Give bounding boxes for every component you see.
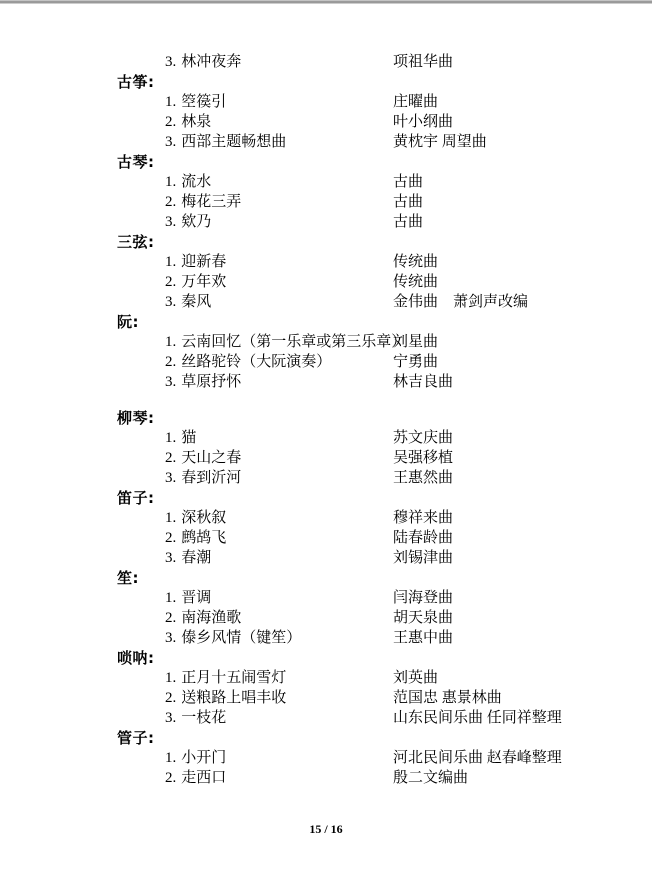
song-title: 秦风 (181, 294, 211, 310)
song-number: 3. (165, 630, 176, 646)
song-number: 3. (165, 134, 176, 150)
song-composer: 王惠然曲 (393, 468, 453, 488)
song-number: 2. (165, 770, 176, 786)
song-composer: 叶小纲曲 (393, 112, 453, 132)
song-row: 3.春潮刘锡津曲 (0, 548, 652, 568)
song-title: 小开门 (181, 750, 226, 766)
song-number: 1. (165, 430, 176, 446)
song-composer: 胡天泉曲 (393, 608, 453, 628)
song-number: 1. (165, 750, 176, 766)
instrument-heading: 古琴: (0, 152, 652, 172)
instrument-heading: 古筝: (0, 72, 652, 92)
song-composer: 王惠中曲 (393, 628, 453, 648)
song-composer: 刘英曲 (393, 668, 438, 688)
song-title: 流水 (181, 174, 211, 190)
song-row: 1.云南回忆（第一乐章或第三乐章）刘星曲 (0, 332, 652, 352)
song-row: 1.迎新春传统曲 (0, 252, 652, 272)
song-number: 2. (165, 194, 176, 210)
song-composer: 山东民间乐曲 任同祥整理 (393, 708, 562, 728)
song-title: 送粮路上唱丰收 (181, 690, 286, 706)
song-composer: 林吉良曲 (393, 372, 453, 392)
song-composer: 闫海登曲 (393, 588, 453, 608)
song-composer: 范国忠 惠景林曲 (393, 688, 502, 708)
song-row: 2.丝路驼铃（大阮演奏）宁勇曲 (0, 352, 652, 372)
song-title: 南海渔歌 (181, 610, 241, 626)
song-title: 走西口 (181, 770, 226, 786)
song-row: 2.天山之春吴强移植 (0, 448, 652, 468)
song-row: 2.万年欢传统曲 (0, 272, 652, 292)
song-number: 3. (165, 374, 176, 390)
song-title: 箜篌引 (181, 94, 226, 110)
song-number: 2. (165, 274, 176, 290)
song-row: 1.小开门河北民间乐曲 赵春峰整理 (0, 748, 652, 768)
song-composer: 传统曲 (393, 272, 438, 292)
song-number: 3. (165, 710, 176, 726)
song-title: 春到沂河 (181, 470, 241, 486)
song-title: 万年欢 (181, 274, 226, 290)
song-composer: 宁勇曲 (393, 352, 438, 372)
song-row: 3.傣乡风情（键笙）王惠中曲 (0, 628, 652, 648)
song-number: 3. (165, 294, 176, 310)
song-composer: 金伟曲 萧剑声改编 (393, 292, 528, 312)
song-row: 3.秦风金伟曲 萧剑声改编 (0, 292, 652, 312)
song-row: 1.流水古曲 (0, 172, 652, 192)
song-title: 欸乃 (181, 214, 211, 230)
song-number: 2. (165, 610, 176, 626)
song-row: 1.深秋叙穆祥来曲 (0, 508, 652, 528)
song-composer: 苏文庆曲 (393, 428, 453, 448)
song-composer: 刘星曲 (393, 332, 438, 352)
song-composer: 陆春龄曲 (393, 528, 453, 548)
song-title: 猫 (181, 430, 196, 446)
song-number: 1. (165, 670, 176, 686)
song-number: 1. (165, 94, 176, 110)
song-composer: 传统曲 (393, 252, 438, 272)
instrument-heading: 管子: (0, 728, 652, 748)
song-composer: 穆祥来曲 (393, 508, 453, 528)
song-row: 1.正月十五闹雪灯刘英曲 (0, 668, 652, 688)
song-title: 林泉 (181, 114, 211, 130)
song-row: 2.南海渔歌胡天泉曲 (0, 608, 652, 628)
song-composer: 黄枕宇 周望曲 (393, 132, 487, 152)
instrument-heading: 柳琴: (0, 408, 652, 428)
page-number: 15 / 16 (0, 822, 652, 837)
song-title: 云南回忆（第一乐章或第三乐章） (181, 334, 406, 350)
document-page: 3.林冲夜奔项祖华曲古筝:1.箜篌引庄曜曲2.林泉叶小纲曲3.西部主题畅想曲黄枕… (0, 0, 652, 884)
song-title: 西部主题畅想曲 (181, 134, 286, 150)
song-composer: 古曲 (393, 192, 423, 212)
instrument-heading: 阮: (0, 312, 652, 332)
song-number: 1. (165, 174, 176, 190)
song-title: 傣乡风情（键笙） (181, 630, 301, 646)
song-title: 春潮 (181, 550, 211, 566)
song-row: 1.猫苏文庆曲 (0, 428, 652, 448)
song-composer: 刘锡津曲 (393, 548, 453, 568)
song-row: 3.西部主题畅想曲黄枕宇 周望曲 (0, 132, 652, 152)
instrument-heading: 唢呐: (0, 648, 652, 668)
song-row: 3.林冲夜奔项祖华曲 (0, 52, 652, 72)
song-number: 2. (165, 450, 176, 466)
song-number: 1. (165, 590, 176, 606)
song-title: 晋调 (181, 590, 211, 606)
instrument-heading: 笙: (0, 568, 652, 588)
song-title: 一枝花 (181, 710, 226, 726)
song-title: 林冲夜奔 (181, 54, 241, 70)
song-row: 2.梅花三弄古曲 (0, 192, 652, 212)
instrument-heading: 笛子: (0, 488, 652, 508)
song-row: 1.箜篌引庄曜曲 (0, 92, 652, 112)
song-number: 3. (165, 54, 176, 70)
song-row: 3.一枝花山东民间乐曲 任同祥整理 (0, 708, 652, 728)
song-number: 1. (165, 254, 176, 270)
song-composer: 古曲 (393, 212, 423, 232)
song-composer: 吴强移植 (393, 448, 453, 468)
song-title: 正月十五闹雪灯 (181, 670, 286, 686)
song-row: 3.春到沂河王惠然曲 (0, 468, 652, 488)
song-number: 1. (165, 510, 176, 526)
song-row: 2.送粮路上唱丰收范国忠 惠景林曲 (0, 688, 652, 708)
song-row: 2.林泉叶小纲曲 (0, 112, 652, 132)
song-row: 1.晋调闫海登曲 (0, 588, 652, 608)
song-number: 3. (165, 550, 176, 566)
song-row: 2.走西口殷二文编曲 (0, 768, 652, 788)
song-row: 3.草原抒怀林吉良曲 (0, 372, 652, 392)
song-number: 1. (165, 334, 176, 350)
song-number: 2. (165, 354, 176, 370)
song-number: 2. (165, 530, 176, 546)
song-title: 丝路驼铃（大阮演奏） (181, 354, 331, 370)
song-row: 2.鹧鸪飞陆春龄曲 (0, 528, 652, 548)
song-number: 2. (165, 690, 176, 706)
song-composer: 古曲 (393, 172, 423, 192)
song-title: 迎新春 (181, 254, 226, 270)
song-composer: 殷二文编曲 (393, 768, 468, 788)
song-row: 3.欸乃古曲 (0, 212, 652, 232)
song-composer: 庄曜曲 (393, 92, 438, 112)
song-number: 3. (165, 470, 176, 486)
song-composer: 项祖华曲 (393, 52, 453, 72)
song-title: 梅花三弄 (181, 194, 241, 210)
song-title: 草原抒怀 (181, 374, 241, 390)
song-number: 2. (165, 114, 176, 130)
instrument-heading: 三弦: (0, 232, 652, 252)
repertoire-list: 3.林冲夜奔项祖华曲古筝:1.箜篌引庄曜曲2.林泉叶小纲曲3.西部主题畅想曲黄枕… (0, 4, 652, 788)
song-composer: 河北民间乐曲 赵春峰整理 (393, 748, 562, 768)
song-title: 深秋叙 (181, 510, 226, 526)
song-title: 天山之春 (181, 450, 241, 466)
song-number: 3. (165, 214, 176, 230)
song-title: 鹧鸪飞 (181, 530, 226, 546)
